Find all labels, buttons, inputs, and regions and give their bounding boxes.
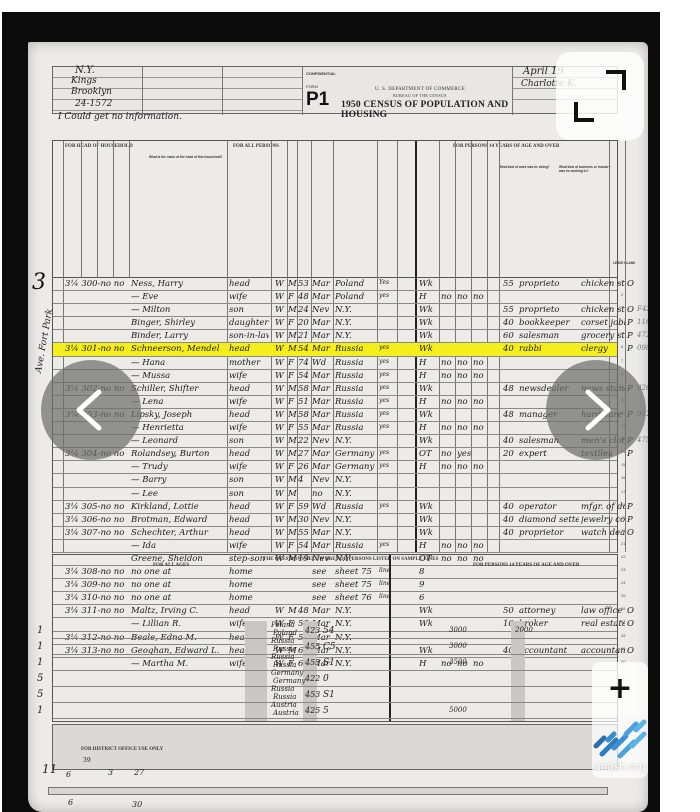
cell-line: 4 <box>621 318 631 323</box>
cell-mar: Mar <box>312 397 332 407</box>
cell-race: W <box>275 384 285 394</box>
cell-sex: F <box>288 462 298 472</box>
cell-race: W <box>275 305 285 315</box>
sample-row-rule <box>53 670 617 671</box>
cell-age: 24 <box>298 305 312 315</box>
cell-sex: F <box>288 358 298 368</box>
cell-mar: Nev <box>312 305 332 315</box>
birthplace-code: 422 <box>305 674 320 683</box>
cell-name: — Ida <box>131 541 231 551</box>
bottom-mark-a: 11 <box>42 762 57 776</box>
education-grade: 5 <box>323 706 329 716</box>
cell-mar: Wd <box>312 358 332 368</box>
table-row: 3¼ 300-no noNess, HarryheadWM53MarPoland… <box>53 278 617 291</box>
cell-sex: F <box>288 318 298 328</box>
cell-race: W <box>275 502 285 512</box>
cell-code: 11611 <box>637 318 648 326</box>
sample-line-mark: 5 <box>37 689 43 700</box>
section-persons-14: FOR PERSONS 14 YEARS OF AGE AND OVER <box>453 144 559 149</box>
cell-sex: M <box>288 279 298 289</box>
confidential-label: CONFIDENTIAL <box>306 71 336 76</box>
cell-age: 27 <box>298 449 312 459</box>
cell-rel: head <box>229 502 269 512</box>
cell-q1: no <box>441 423 455 433</box>
cell-age: 22 <box>298 436 312 446</box>
education-grade: 54 <box>323 626 334 636</box>
cell-sex: F <box>288 397 298 407</box>
cell-race: W <box>275 541 285 551</box>
mother-birthplace: Russia <box>273 645 296 653</box>
cell-addr: 3¼ 307-no no <box>65 528 125 538</box>
cell-birth: Russia <box>335 541 375 551</box>
cell-mar: Mar <box>312 528 332 538</box>
cell-hours: 48 <box>503 410 519 420</box>
sample-row-rule <box>53 638 617 639</box>
sample-row-rule <box>53 702 617 703</box>
district-office-label: FOR DISTRICT OFFICE USE ONLY <box>81 747 163 752</box>
cell-act: H <box>419 541 437 551</box>
cell-act: H <box>419 423 437 433</box>
cell-act: H <box>419 371 437 381</box>
name-question: What is the name of the head of this hou… <box>149 155 227 159</box>
cell-act: H <box>419 397 437 407</box>
table-row: — MussawifeWF54MarRussiayesHnonono8 <box>53 370 617 383</box>
cell-age: 54 <box>298 344 312 354</box>
cell-sex: M <box>288 410 298 420</box>
cell-age: 58 <box>298 410 312 420</box>
cell-birth: Germany <box>335 449 375 459</box>
cell-sex: M <box>288 331 298 341</box>
cell-name: Schneerson, Mendel <box>131 344 231 354</box>
cell-line: 24 <box>621 580 631 585</box>
cell-hours: 48 <box>503 384 519 394</box>
cell-hours: 55 <box>503 279 519 289</box>
cell-name: — Hana <box>131 358 231 368</box>
cell-act: Wk <box>419 344 437 354</box>
cell-act: Wk <box>419 502 437 512</box>
table-row: Binger, ShirleydaughterWF20MarN.Y.Wk40bo… <box>53 317 617 330</box>
cell-rel: head <box>229 279 269 289</box>
cell-line: 16 <box>621 475 631 480</box>
father-birthplace: Russia <box>271 637 294 645</box>
cell-line: 20 <box>621 528 631 533</box>
cell-mar: Mar <box>312 541 332 551</box>
cell-name: — Barry <box>131 475 231 485</box>
cell-age: 74 <box>298 358 312 368</box>
rule <box>113 141 114 278</box>
cell-code: 4751 <box>637 436 648 444</box>
chevron-right-icon <box>574 388 618 432</box>
cell-name: Lipsky, Joseph <box>131 410 231 420</box>
cell-birth: N.Y. <box>335 318 375 328</box>
cell-line: 28 <box>621 633 631 638</box>
income-value: 3000 <box>449 642 467 650</box>
district-office-box: FOR DISTRICT OFFICE USE ONLY 39 <box>52 724 618 770</box>
cell-mar: Mar <box>312 410 332 420</box>
county-handwriting: Kings <box>71 76 97 86</box>
cell-line: 18 <box>621 502 631 507</box>
cell-q2: no <box>457 292 471 302</box>
population-table: FOR HEAD OF HOUSEHOLD FOR ALL PERSONS FO… <box>52 140 618 553</box>
cell-mar: Mar <box>312 371 332 381</box>
cell-act: Wk <box>419 331 437 341</box>
cell-addr: 3¼ 306-no no <box>65 515 125 525</box>
cell-q3: no <box>473 371 487 381</box>
cell-age: 30 <box>298 515 312 525</box>
cell-hours: 60 <box>503 331 519 341</box>
cell-sex: F <box>288 502 298 512</box>
cell-code: 09896 <box>637 344 648 352</box>
cell-occ: rabbi <box>519 344 579 354</box>
district-box-value: 39 <box>83 757 91 764</box>
cell-line: 27 <box>621 619 631 624</box>
cell-hours: 40 <box>503 515 519 525</box>
mother-birthplace: Germany <box>273 677 305 685</box>
cell-rel: son <box>229 305 269 315</box>
bottom-mark-c: 3 <box>108 768 113 777</box>
section-persons-14-over: FOR PERSONS 14 YEARS OF AGE AND OVER <box>473 563 579 568</box>
table-row: — IdawifeWF54MarRussiayesHnonono21 <box>53 540 617 553</box>
address-block-2 <box>223 67 303 115</box>
cell-act: Wk <box>419 410 437 420</box>
sheet-number: 3 <box>32 270 46 295</box>
cell-sex: M <box>288 344 298 354</box>
cell-age: 20 <box>298 318 312 328</box>
cell-mar: Mar <box>312 344 332 354</box>
cell-line: 26 <box>621 606 631 611</box>
cell-q1: no <box>441 292 455 302</box>
cell-cit: yes <box>379 344 397 351</box>
mother-birthplace: Russia <box>273 693 296 701</box>
cell-q2: no <box>457 462 471 472</box>
image-viewer: N.Y. Kings Brooklyn 24-1572 CONFIDENTIAL… <box>0 0 700 812</box>
cell-race: W <box>275 475 285 485</box>
cell-q3: no <box>473 541 487 551</box>
cell-line: 23 <box>621 567 631 572</box>
birthplace-code: 455 <box>305 642 320 651</box>
cell-act: Wk <box>419 528 437 538</box>
cell-race: W <box>275 410 285 420</box>
cell-line: 21 <box>621 541 631 546</box>
cell-q2: yes <box>457 449 471 459</box>
fullscreen-button[interactable] <box>556 52 644 140</box>
cell-rel: daughter <box>229 318 269 328</box>
cell-age: 54 <box>298 541 312 551</box>
cell-line: 17 <box>621 489 631 494</box>
next-image-button[interactable] <box>546 360 646 460</box>
mother-birthplace: Poland <box>273 629 297 637</box>
cell-cit: yes <box>379 462 397 469</box>
table-row: Binder, Larryson-in-lawWM21MarN.Y.Wk60sa… <box>53 330 617 343</box>
cell-rel: head <box>229 410 269 420</box>
cell-sex: F <box>288 292 298 302</box>
cell-name: Kirkland, Lottie <box>131 502 231 512</box>
birthplace-code: 423 <box>305 626 320 635</box>
cell-birth: N.Y. <box>335 436 375 446</box>
leave-blank-column <box>511 621 525 721</box>
cell-occ: proprietor <box>519 528 579 538</box>
cell-mar: Mar <box>312 279 332 289</box>
birthplace-code: 453 <box>305 690 320 699</box>
cell-race: W <box>275 515 285 525</box>
sample-row-rule <box>53 686 617 687</box>
cell-mar: Mar <box>312 462 332 472</box>
cell-line: 29 <box>621 646 631 651</box>
rule <box>81 141 82 278</box>
cell-birth: Russia <box>335 371 375 381</box>
cell-q1: no <box>441 462 455 472</box>
cell-q2: no <box>457 423 471 433</box>
bureau-label: BUREAU OF THE CENSUS <box>393 93 447 98</box>
cell-name: Schechter, Arthur <box>131 528 231 538</box>
cell-q1: no <box>441 397 455 407</box>
cell-age: 21 <box>298 331 312 341</box>
cell-birth: N.Y. <box>335 475 375 485</box>
cell-q1: no <box>441 541 455 551</box>
cell-line: 2 <box>621 292 631 297</box>
cell-race: W <box>275 318 285 328</box>
table-row: 3¼ 304-no noRolandsey, BurtonheadWM27Mar… <box>53 448 617 461</box>
cell-birth: Poland <box>335 279 375 289</box>
form-code: P1 <box>306 89 329 111</box>
cell-addr: 3¼ 305-no no <box>65 502 125 512</box>
expand-corners-icon <box>556 52 644 140</box>
bottom-mark-f: 30 <box>132 800 142 809</box>
cell-occ: proprieto <box>519 305 579 315</box>
cell-q2: no <box>457 397 471 407</box>
cell-line: 6 <box>621 344 631 349</box>
cell-sex: M <box>288 528 298 538</box>
cell-race: W <box>275 462 285 472</box>
sample-lines-section: FOR ALL AGES THE QUESTIONS BELOW ARE FOR… <box>52 554 618 722</box>
cell-q3: no <box>473 462 487 472</box>
cell-mar: Mar <box>312 449 332 459</box>
education-grade: 0 <box>323 674 329 684</box>
plus-icon: + <box>607 674 632 704</box>
cell-addr: 3¼ 300-no no <box>65 279 125 289</box>
cell-ind: clergy <box>581 344 625 354</box>
cell-name: — Henrietta <box>131 423 231 433</box>
table-row: — LeonardsonWM22NevN.Y.Wk40salesmanmen's… <box>53 435 617 448</box>
cell-sex: F <box>288 541 298 551</box>
previous-image-button[interactable] <box>41 360 141 460</box>
zoom-in-button[interactable]: + <box>592 662 648 716</box>
cell-name: Ness, Harry <box>131 279 231 289</box>
cell-birth: Russia <box>335 358 375 368</box>
sample-line-mark: 1 <box>37 657 43 668</box>
cell-race: W <box>275 423 285 433</box>
sample-line-mark: 5 <box>37 673 43 684</box>
watermark-text: anash.org <box>592 760 648 773</box>
cell-race: W <box>275 358 285 368</box>
cell-race: W <box>275 436 285 446</box>
cell-act: H <box>419 292 437 302</box>
cell-code: F4263 <box>637 305 648 313</box>
cell-name: — Eve <box>131 292 231 302</box>
cell-age: 26 <box>298 462 312 472</box>
leave-blank-label: LEAVE BLANK <box>613 261 648 265</box>
table-row: 3¼ 306-no noBrotman, EdwardheadWM30NevN.… <box>53 514 617 527</box>
cell-cit: yes <box>379 292 397 299</box>
section-all-ages: FOR ALL AGES <box>153 563 189 568</box>
cell-rel: wife <box>229 371 269 381</box>
cell-ind: chicken store <box>581 305 625 315</box>
cell-name: — Trudy <box>131 462 231 472</box>
cell-birth: Russia <box>335 410 375 420</box>
sample-row-rule <box>53 718 617 719</box>
cell-hours: 40 <box>503 436 519 446</box>
cell-race: W <box>275 344 285 354</box>
cell-cit: yes <box>379 384 397 391</box>
cell-race: W <box>275 528 285 538</box>
table-row: — BarrysonWM4NevN.Y.16 <box>53 474 617 487</box>
cell-age: 59 <box>298 502 312 512</box>
table-row: 3¼ 307-no noSchechter, ArthurheadWM55Mar… <box>53 527 617 540</box>
cell-hours: 40 <box>503 344 519 354</box>
title-block: CONFIDENTIAL FORM P1 U. S. DEPARTMENT OF… <box>303 67 513 115</box>
father-birthplace: Austria <box>271 701 297 709</box>
leave-blank-column <box>245 621 267 721</box>
section-head-of-household: FOR HEAD OF HOUSEHOLD <box>65 144 133 149</box>
cell-q3: no <box>473 358 487 368</box>
cell-rel: head <box>229 449 269 459</box>
cell-occ: proprieto <box>519 279 579 289</box>
father-birthplace: Russia <box>271 685 294 693</box>
cell-q1: no <box>441 371 455 381</box>
table-row-highlighted: 3¼ 301-no noSchneerson, MendelheadWM54Ma… <box>53 343 617 356</box>
cell-mar: Mar <box>312 384 332 394</box>
kind-of-work-question: What kind of work was he doing? <box>499 165 555 169</box>
cell-birth: N.Y. <box>335 489 375 499</box>
sample-line-mark: 1 <box>37 625 43 636</box>
cell-age: 48 <box>298 292 312 302</box>
address-block-1 <box>143 67 223 115</box>
income-value: 5000 <box>449 706 467 714</box>
cell-age: 51 <box>298 397 312 407</box>
state-handwriting: N.Y. <box>75 65 95 76</box>
cell-sex: M <box>288 475 298 485</box>
cell-sex: F <box>288 371 298 381</box>
cell-race: W <box>275 371 285 381</box>
cell-name: Rolandsey, Burton <box>131 449 231 459</box>
income-value-2: 2000 <box>515 626 533 634</box>
cell-birth: N.Y. <box>335 305 375 315</box>
cell-cit: yes <box>379 423 397 430</box>
cell-age: 58 <box>298 384 312 394</box>
cell-mar: Mar <box>312 331 332 341</box>
cell-birth: Poland <box>335 292 375 302</box>
father-birthplace: Poland <box>271 621 295 629</box>
cell-birth: Russia <box>335 423 375 433</box>
cell-cit: yes <box>379 371 397 378</box>
footer-strip <box>48 787 608 795</box>
cell-act: Wk <box>419 384 437 394</box>
sample-line-mark: 1 <box>37 641 43 652</box>
cell-rel: wife <box>229 423 269 433</box>
cell-mar: Mar <box>312 292 332 302</box>
cell-act: H <box>419 462 437 472</box>
cell-sex: M <box>288 384 298 394</box>
cell-race: W <box>275 397 285 407</box>
cell-birth: Russia <box>335 502 375 512</box>
cell-birth: N.Y. <box>335 331 375 341</box>
cell-occ: operator <box>519 502 579 512</box>
cell-cit: yes <box>379 502 397 509</box>
cell-addr: 3¼ 301-no no <box>65 344 125 354</box>
department-label: U. S. DEPARTMENT OF COMMERCE <box>375 87 465 92</box>
father-birthplace: Germany <box>271 669 303 677</box>
cell-rel: son-in-law <box>229 331 269 341</box>
cell-ind: grocery store <box>581 331 625 341</box>
cell-hours: 20 <box>503 449 519 459</box>
cell-line: 15 <box>621 462 631 467</box>
cell-sex: M <box>288 305 298 315</box>
cell-birth: Russia <box>335 344 375 354</box>
enumerator-note: I Could get no information. <box>58 112 182 122</box>
cell-rel: wife <box>229 292 269 302</box>
cell-mar: no <box>312 489 332 499</box>
cell-mar: Mar <box>312 423 332 433</box>
cell-occ: diamond setter <box>519 515 579 525</box>
cell-act: Wk <box>419 436 437 446</box>
birthplace-code: 425 <box>305 706 320 715</box>
section-sample-lines: THE QUESTIONS BELOW ARE FOR PERSONS LIST… <box>263 557 438 562</box>
cell-q3: no <box>473 292 487 302</box>
table-row: 3¼ 305-no noKirkland, LottieheadWF59WdRu… <box>53 501 617 514</box>
location-block: N.Y. Kings Brooklyn 24-1572 <box>53 67 143 115</box>
sample-row-rule <box>53 654 617 655</box>
cell-mar: Wd <box>312 502 332 512</box>
table-row: — EvewifeWF48MarPolandyesHnonono2 <box>53 291 617 304</box>
cell-age: 53 <box>298 279 312 289</box>
cell-name: Binder, Larry <box>131 331 231 341</box>
anash-logo-icon <box>592 716 648 762</box>
table-row: — HanamotherWF74WdRussiayesHnonono7 <box>53 357 617 370</box>
cell-birth: N.Y. <box>335 528 375 538</box>
cell-q1: no <box>441 358 455 368</box>
bottom-mark-e: 6 <box>68 798 73 807</box>
census-title: 1950 CENSUS OF POPULATION AND HOUSING <box>341 100 512 120</box>
cell-name: — Mussa <box>131 371 231 381</box>
cell-occ: bookkeeper <box>519 318 579 328</box>
cell-birth: Russia <box>335 397 375 407</box>
bottom-mark-d: 27 <box>134 768 144 777</box>
cell-name: Binger, Shirley <box>131 318 231 328</box>
table-row: — MiltonsonWM24NevN.Y.Wk55proprietochick… <box>53 304 617 317</box>
cell-age: 55 <box>298 423 312 433</box>
cell-q2: no <box>457 358 471 368</box>
cell-rel: mother <box>229 358 269 368</box>
cell-name: — Leonard <box>131 436 231 446</box>
cell-sex: M <box>288 489 298 499</box>
cell-birth: N.Y. <box>335 515 375 525</box>
cell-cit: yes <box>379 449 397 456</box>
cell-hours: 55 <box>503 305 519 315</box>
cell-rel: head <box>229 528 269 538</box>
cell-act: Wk <box>419 318 437 328</box>
cell-rel: wife <box>229 541 269 551</box>
cell-sex: M <box>288 515 298 525</box>
cell-race: W <box>275 279 285 289</box>
cell-birth: Germany <box>335 462 375 472</box>
cell-name: Brotman, Edward <box>131 515 231 525</box>
education-grade: S1 <box>323 658 335 668</box>
cell-line: 22 <box>621 554 631 559</box>
cell-q2: no <box>457 371 471 381</box>
cell-occ: salesman <box>519 331 579 341</box>
bottom-mark-b: 6 <box>66 770 71 779</box>
cell-q3: no <box>473 423 487 433</box>
